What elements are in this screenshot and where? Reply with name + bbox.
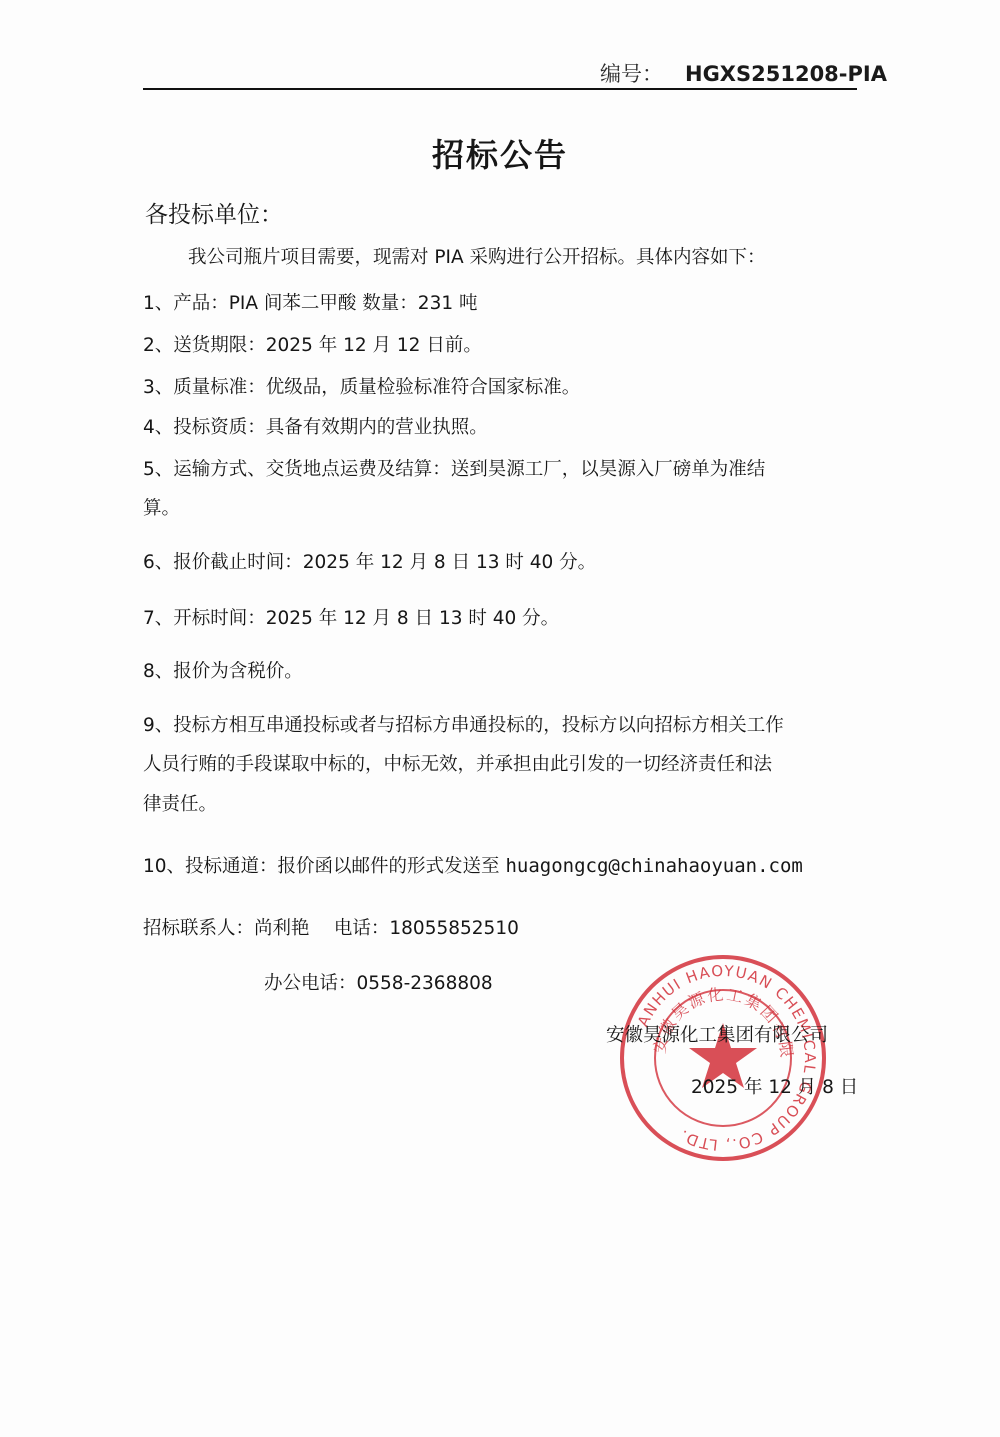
bid-email-link[interactable]: huagongcg@chinahaoyuan.com [505, 855, 802, 877]
document-number: 编号：HGXS251208-PIA [600, 58, 887, 88]
intro-paragraph: 我公司瓶片项目需要，现需对 PIA 采购进行公开招标。具体内容如下： [188, 243, 766, 269]
item-delivery-deadline: 2、送货期限：2025 年 12 月 12 日前。 [143, 331, 482, 357]
svg-text:ANHUI HAOYUAN CHEMICAL GROUP C: ANHUI HAOYUAN CHEMICAL GROUP CO., LTD. [634, 962, 819, 1154]
signature-date: 2025 年 12 月 8 日 [691, 1073, 858, 1099]
item-collusion-cont: 人员行贿的手段谋取中标的，中标无效，并承担由此引发的一切经济责任和法 [143, 750, 772, 776]
bid-channel-text: 10、投标通道：报价函以邮件的形式发送至 [143, 856, 505, 877]
item-collusion: 9、投标方相互串通投标或者与招标方串通投标的，投标方以向招标方相关工作 [143, 711, 784, 737]
contact-person: 招标联系人：尚利艳 电话：18055852510 [143, 914, 519, 940]
document-number-value: HGXS251208-PIA [685, 62, 887, 86]
header-rule [143, 88, 857, 90]
item-product: 1、产品：PIA 间苯二甲酸 数量：231 吨 [143, 289, 478, 315]
item-collusion-cont2: 律责任。 [143, 790, 217, 816]
item-transport: 5、运输方式、交货地点运费及结算：送到昊源工厂，以昊源入厂磅单为准结 [143, 455, 765, 481]
item-opening-time: 7、开标时间：2025 年 12 月 8 日 13 时 40 分。 [143, 604, 559, 630]
item-tax-included: 8、报价为含税价。 [143, 657, 303, 683]
page-title: 招标公告 [0, 130, 1000, 176]
company-seal: ANHUI HAOYUAN CHEMICAL GROUP CO., LTD. 安… [618, 953, 828, 1163]
signature-company: 安徽昊源化工集团有限公司 [606, 1021, 828, 1047]
item-qualification: 4、投标资质：具备有效期内的营业执照。 [143, 413, 488, 439]
document-number-label: 编号： [600, 62, 663, 86]
item-quote-deadline: 6、报价截止时间：2025 年 12 月 8 日 13 时 40 分。 [143, 548, 596, 574]
office-phone: 办公电话：0558-2368808 [264, 969, 493, 995]
seal-icon: ANHUI HAOYUAN CHEMICAL GROUP CO., LTD. 安… [618, 953, 828, 1163]
item-transport-cont: 算。 [143, 494, 180, 520]
item-quality-standard: 3、质量标准：优级品，质量检验标准符合国家标准。 [143, 373, 580, 399]
item-bid-channel: 10、投标通道：报价函以邮件的形式发送至 huagongcg@chinahaoy… [143, 852, 803, 878]
salutation: 各投标单位： [145, 196, 283, 229]
